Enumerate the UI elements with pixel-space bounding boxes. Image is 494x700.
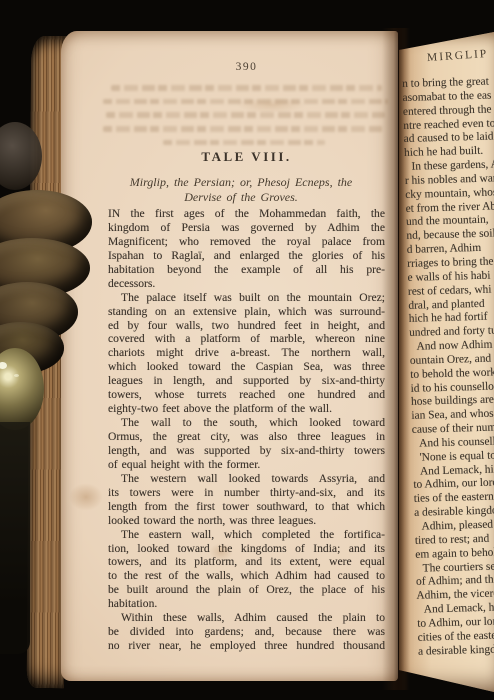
text-line: towers, and its platform, and its extent…: [108, 555, 385, 569]
ghost-line: [106, 112, 385, 118]
show-through-ghost-text: [103, 85, 391, 153]
text-line: Within these walls, Adhim caused the pla…: [108, 611, 385, 625]
running-header: MIRGLIP: [427, 48, 489, 64]
text-line: its towers were in number thirty-and-six…: [108, 486, 385, 500]
text-line: decessors.: [108, 277, 385, 291]
text-line: of equal height with the former.: [108, 458, 385, 472]
text-line: chariots might drive a-breast. The north…: [108, 346, 385, 360]
page-number: 390: [108, 61, 385, 73]
text-line: covered with a platform of marble, where…: [108, 332, 385, 346]
text-line: kingdom of Persia was governed by Adhim …: [108, 221, 385, 235]
text-line: Ormus, the great city, was also three le…: [108, 430, 385, 444]
text-line: looked toward the north, was three leagu…: [108, 514, 385, 528]
tale-subtitle-line-2: Dervise of the Groves.: [89, 190, 393, 205]
tale-subtitle: Mirglip, the Persian; or, Phesoj Ecneps,…: [89, 175, 393, 205]
ghost-line: [111, 85, 382, 91]
text-line: The western wall looked towards Assyria,…: [108, 472, 385, 486]
tale-heading: TALE VIII.: [108, 149, 385, 165]
text-line: length from the first tower southward, t…: [108, 500, 385, 514]
text-line: ed by four walls, two hundred feet in he…: [108, 319, 385, 333]
text-line: tion, looked toward the kingdoms of Indi…: [108, 542, 385, 556]
text-line: Magnificent; who removed the royal palac…: [108, 235, 385, 249]
text-line: which looked toward the Caspian Sea, was…: [108, 360, 385, 374]
text-line: leagues in length, and supported by six-…: [108, 374, 385, 388]
ghost-line: [103, 99, 388, 105]
tale-body-text: IN the first ages of the Mohammedan fait…: [108, 207, 385, 653]
text-line: The eastern wall, which completed the fo…: [108, 528, 385, 542]
text-line: standing on an extensive plain, which wa…: [108, 305, 385, 319]
text-line: be built around the plain of Orez, the p…: [108, 583, 385, 597]
text-line: The palace itself was built on the mount…: [108, 291, 385, 305]
left-page: 390 TALE VIII. Mirglip, the Persian; or,…: [61, 31, 398, 681]
text-line: habitation beyond the example of all his…: [108, 263, 385, 277]
ghost-line: [103, 126, 385, 132]
ghost-line: [163, 140, 324, 146]
text-line: be divided into gardens; and, because th…: [108, 625, 385, 639]
right-page-text-fragments: n to bring the greatasomabat to the ease…: [402, 72, 494, 659]
text-line: no river near, he employed three hundred…: [108, 639, 385, 653]
tale-subtitle-line-1: Mirglip, the Persian; or, Phesoj Ecneps,…: [89, 175, 393, 190]
text-line: The wall to the south, which looked towa…: [108, 416, 385, 430]
right-page-sliver: MIRGLIP n to bring the greatasomabat to …: [399, 32, 494, 692]
holder-dark-stem: [0, 422, 30, 654]
text-line: towers, whose turrets reached one hundre…: [108, 388, 385, 402]
text-line: length, and was supported by six-and-thi…: [108, 444, 385, 458]
text-line: eighty-two feet above the platform of th…: [108, 402, 385, 416]
text-line: IN the first ages of the Mohammedan fait…: [108, 207, 385, 221]
foxing-stain: [69, 483, 103, 511]
text-line: Ispahan to Raglaï, and enlarged the glor…: [108, 249, 385, 263]
text-line: habitation.: [108, 597, 385, 611]
text-line: to the rest of the walls, which Adhim ha…: [108, 569, 385, 583]
book-photograph: 390 TALE VIII. Mirglip, the Persian; or,…: [0, 0, 494, 700]
